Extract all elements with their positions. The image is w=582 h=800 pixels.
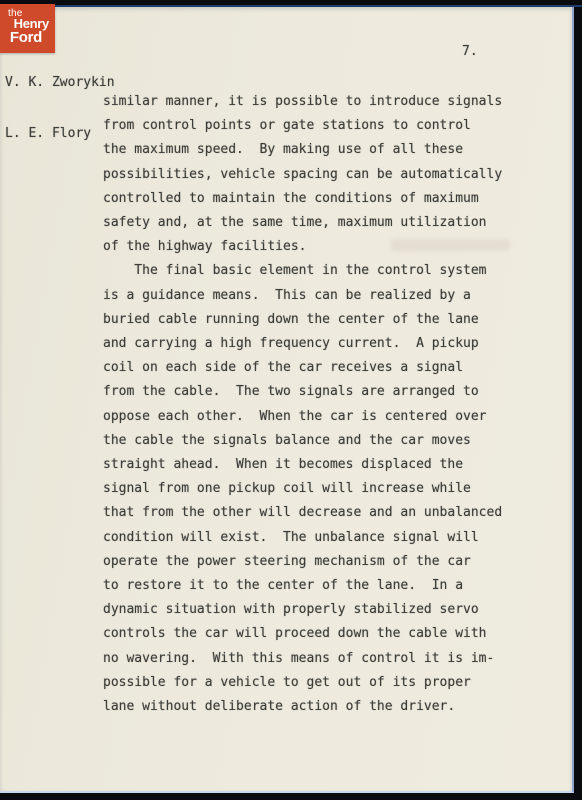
text-line: no wavering. With this means of control … — [103, 647, 523, 671]
text-line: possibilities, vehicle spacing can be au… — [103, 163, 523, 187]
text-line: possible for a vehicle to get out of its… — [103, 671, 523, 695]
text-line: that from the other will decrease and an… — [103, 501, 523, 525]
text-line: safety and, at the same time, maximum ut… — [103, 211, 523, 235]
text-line: The final basic element in the control s… — [103, 259, 523, 283]
text-line: to restore it to the center of the lane.… — [103, 574, 523, 598]
author-line-2: L. E. Flory — [5, 125, 115, 142]
text-line: from the cable. The two signals are arra… — [103, 380, 523, 404]
text-line: signal from one pickup coil will increas… — [103, 477, 523, 501]
text-line: condition will exist. The unbalance sign… — [103, 526, 523, 550]
text-line: oppose each other. When the car is cente… — [103, 405, 523, 429]
text-line: buried cable running down the center of … — [103, 308, 523, 332]
text-line: similar manner, it is possible to introd… — [103, 90, 523, 114]
text-line: dynamic situation with properly stabiliz… — [103, 598, 523, 622]
logo-word-ford: Ford — [10, 29, 42, 46]
text-line: of the highway facilities. — [103, 235, 523, 259]
text-line: coil on each side of the car receives a … — [103, 356, 523, 380]
text-line: lane without deliberate action of the dr… — [103, 695, 523, 719]
scanned-document-page: V. K. Zworykin L. E. Flory the Henry For… — [0, 0, 582, 800]
the-henry-ford-logo: the Henry Ford — [0, 4, 55, 53]
document-body: similar manner, it is possible to introd… — [103, 90, 523, 719]
text-line: controls the car will proceed down the c… — [103, 622, 523, 646]
author-block: V. K. Zworykin L. E. Flory — [5, 40, 115, 176]
text-line: straight ahead. When it becomes displace… — [103, 453, 523, 477]
text-line: the cable the signals balance and the ca… — [103, 429, 523, 453]
author-line-1: V. K. Zworykin — [5, 74, 115, 91]
text-line: and carrying a high frequency current. A… — [103, 332, 523, 356]
text-line: controlled to maintain the conditions of… — [103, 187, 523, 211]
text-line: the maximum speed. By making use of all … — [103, 138, 523, 162]
text-line: operate the power steering mechanism of … — [103, 550, 523, 574]
text-line: is a guidance means. This can be realize… — [103, 284, 523, 308]
page-number: 7. — [462, 44, 478, 59]
text-line: from control points or gate stations to … — [103, 114, 523, 138]
